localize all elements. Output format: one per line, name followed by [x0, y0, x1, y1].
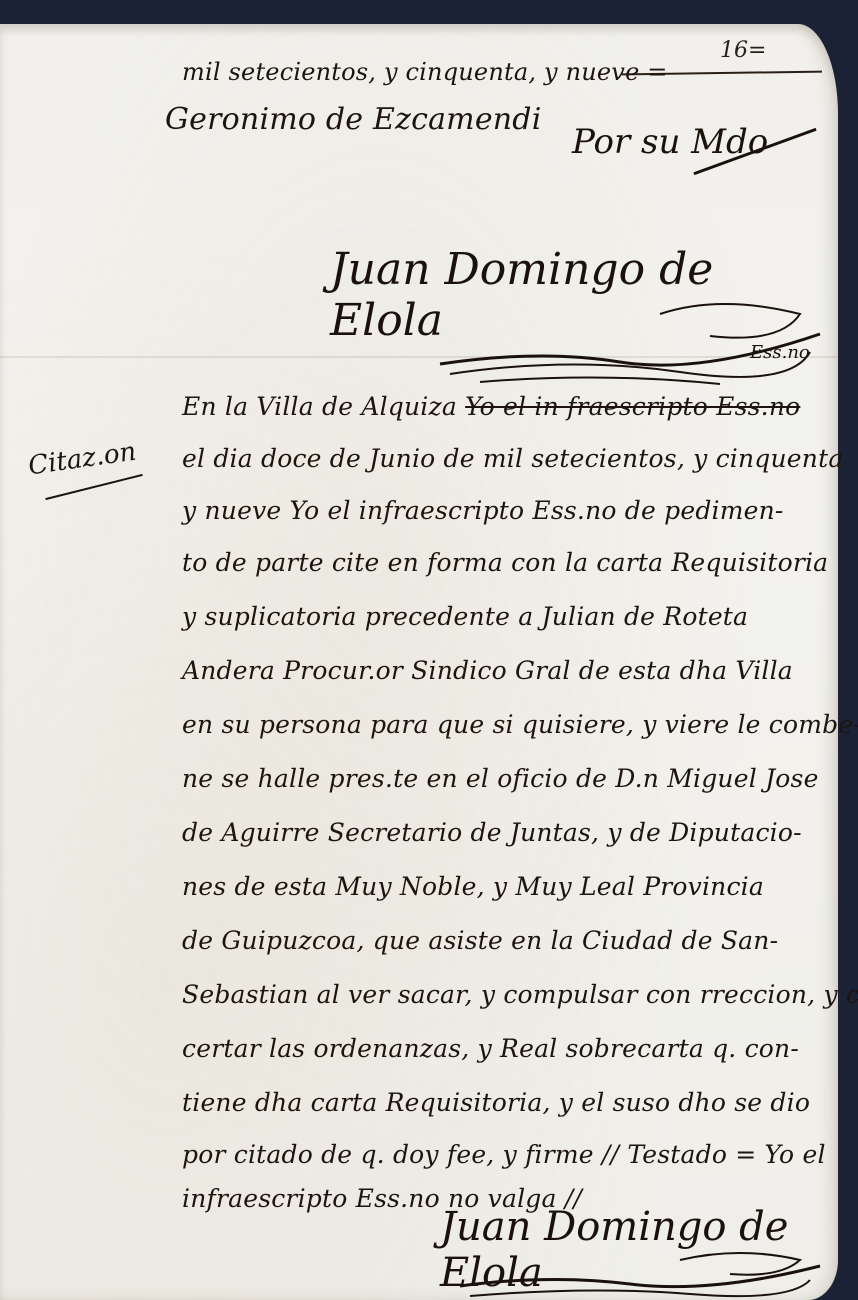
- struck-text: Yo el in fraescripto Ess.no: [465, 392, 800, 421]
- body-line-4: to de parte cite en forma con la carta R…: [182, 548, 828, 577]
- signature-rubric-2-icon: [450, 1246, 830, 1300]
- body-line-6: Andera Procur.or Sindico Gral de esta dh…: [182, 656, 793, 685]
- margin-note: Citaz.on: [26, 437, 138, 482]
- scanned-manuscript: 16= mil setecientos, y cinquenta, y nuev…: [0, 0, 858, 1300]
- header-witness-name: Geronimo de Ezcamendi: [165, 102, 542, 137]
- body-line-8: ne se halle pres.te en el oficio de D.n …: [182, 764, 819, 793]
- body-line-10: nes de esta Muy Noble, y Muy Leal Provin…: [182, 872, 764, 901]
- body-line-7: en su persona para que si quisiere, y vi…: [182, 710, 858, 739]
- signature-rubric-label: Ess.no: [750, 342, 810, 363]
- body-line-9: de Aguirre Secretario de Juntas, y de Di…: [182, 818, 802, 847]
- body-line-5: y suplicatoria precedente a Julian de Ro…: [182, 602, 748, 631]
- body-line-15: por citado de q. doy fee, y firme // Tes…: [182, 1140, 826, 1169]
- folio-number: 16=: [720, 38, 766, 63]
- body-line-2: el dia doce de Junio de mil setecientos,…: [182, 444, 843, 473]
- body-line-3: y nueve Yo el infraescripto Ess.no de pe…: [182, 496, 784, 525]
- body-line-11: de Guipuzcoa, que asiste en la Ciudad de…: [182, 926, 778, 955]
- body-line-12: Sebastian al ver sacar, y compulsar con …: [182, 980, 858, 1009]
- margin-note-underline: [45, 474, 143, 500]
- body-line-1: En la Villa de Alquiza Yo el in fraescri…: [182, 392, 800, 421]
- header-date-line: mil setecientos, y cinquenta, y nueve =: [182, 58, 668, 86]
- body-line-14: tiene dha carta Requisitoria, y el suso …: [182, 1088, 810, 1117]
- body-line-13: certar las ordenanzas, y Real sobrecarta…: [182, 1034, 799, 1063]
- manuscript-page: 16= mil setecientos, y cinquenta, y nuev…: [0, 24, 838, 1300]
